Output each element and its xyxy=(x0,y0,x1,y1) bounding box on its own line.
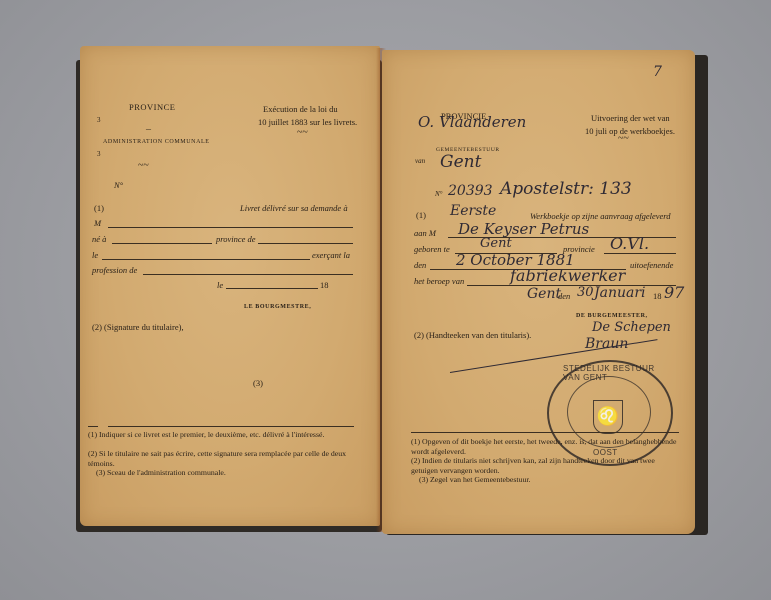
right-geboren-label: geboren te xyxy=(414,244,450,254)
right-geboren-value[interactable]: Gent xyxy=(480,236,512,251)
left-note1-marker: (1) xyxy=(94,203,104,213)
left-footnote-rule xyxy=(108,426,354,427)
right-burgemeester-signature: De Schepen xyxy=(592,320,671,335)
right-beroep-label: het beroep van xyxy=(414,276,464,286)
left-field-exercant-label: exerçant la xyxy=(312,250,350,260)
right-date-place: Gent xyxy=(527,286,561,302)
left-signature-label: (2) (Signature du titulaire), xyxy=(92,322,184,332)
left-footnote-1: (1) Indiquer si ce livret est le premier… xyxy=(88,430,356,440)
right-footnote-rule xyxy=(411,432,679,433)
right-corner-mark: 7 xyxy=(653,64,662,80)
left-field-year: 18 xyxy=(320,280,329,290)
right-header-van: van xyxy=(415,157,425,165)
left-law-line1: Exécution de la loi du xyxy=(263,104,338,114)
right-signature-label: (2) (Handteeken van den titularis). xyxy=(414,330,531,340)
left-law-line2: 10 juillet 1883 sur les livrets. xyxy=(258,117,357,127)
right-footnote-3: (3) Zegel van het Gemeentebestuur. xyxy=(419,475,679,485)
right-uitoefenende-label: uitoefenende xyxy=(630,260,673,270)
right-note1-handwritten: Eerste xyxy=(450,203,496,219)
left-header-mark: 3 xyxy=(97,116,101,124)
left-field-m-line[interactable] xyxy=(108,227,353,228)
right-date-year-printed: 18 xyxy=(653,291,662,301)
left-footnote-2: (2) Si le titulaire ne sait pas écrire, … xyxy=(88,449,356,468)
left-number-label: N° xyxy=(114,180,123,190)
right-burgemeester: DE BURGEMEESTER, xyxy=(576,313,648,319)
right-province-handwritten: O. Vlaanderen xyxy=(418,113,526,131)
left-footnote-3: (3) Sceau de l'administration communale. xyxy=(96,468,356,478)
left-field-le-line[interactable] xyxy=(102,259,310,260)
right-date-month: Januari xyxy=(594,285,646,301)
left-header-administration: ADMINISTRATION COMMUNALE xyxy=(103,139,210,145)
right-provincie-value[interactable]: O.Vl. xyxy=(610,234,649,253)
left-footnote-rule-short xyxy=(88,426,98,427)
right-date-den: den xyxy=(558,291,570,301)
right-note1-marker: (1) xyxy=(416,210,426,220)
stamp-top-text: STEDELIJK BESTUUR VAN GENT xyxy=(563,364,671,382)
left-field-province-label: province de xyxy=(216,234,256,244)
right-den-label: den xyxy=(414,260,426,270)
right-law-ornament: ~~ xyxy=(618,133,629,144)
left-ornament-2: ~~ xyxy=(138,160,149,171)
left-field-province-line[interactable] xyxy=(258,243,353,244)
left-field-date-line[interactable] xyxy=(226,288,318,289)
left-ornament: – xyxy=(146,124,151,135)
left-field-ne-a-label: né à xyxy=(92,234,106,244)
left-header-province: PROVINCE xyxy=(129,102,176,112)
left-header-mark-2: 3 xyxy=(97,150,101,158)
right-footnote-2: (2) Indien de titularis niet schrijven k… xyxy=(411,456,679,475)
left-field-le-label: le xyxy=(92,250,98,260)
left-field-m-label: M xyxy=(94,218,101,228)
left-field-date-le-label: le xyxy=(217,280,223,290)
right-aan-m-label: aan M xyxy=(414,228,436,238)
left-livret-text: Livret délivré sur sa demande à xyxy=(240,203,348,213)
right-law-line2: 10 juli op de werkboekjes. xyxy=(585,126,675,136)
right-aan-m-value[interactable]: De Keyser Petrus xyxy=(458,220,589,238)
left-bourgmestre: LE BOURGMESTRE, xyxy=(244,304,311,310)
right-provincie-line xyxy=(604,253,676,254)
right-date-year-handwritten: 97 xyxy=(664,283,684,302)
right-law-line1: Uitvoering der wet van xyxy=(591,113,670,123)
left-field-profession-line[interactable] xyxy=(143,274,353,275)
left-field-ne-a-line[interactable] xyxy=(112,243,212,244)
left-law-ornament: ~~ xyxy=(297,127,308,138)
right-van-handwritten: Gent xyxy=(440,152,481,172)
right-footnote-1: (1) Opgeven of dit boekje het eerste, he… xyxy=(411,437,679,456)
lion-shield-icon: ♌ xyxy=(593,400,623,434)
right-beroep-value[interactable]: fabriekwerker xyxy=(510,266,625,285)
left-field-profession-label: profession de xyxy=(92,265,137,275)
right-address-handwritten: Apostelstr: 133 xyxy=(500,179,632,199)
right-date-day: 30 xyxy=(577,285,594,300)
right-number-label: N° xyxy=(435,190,442,198)
left-seal-marker: (3) xyxy=(253,378,263,388)
right-number-handwritten: 20393 xyxy=(448,183,493,199)
